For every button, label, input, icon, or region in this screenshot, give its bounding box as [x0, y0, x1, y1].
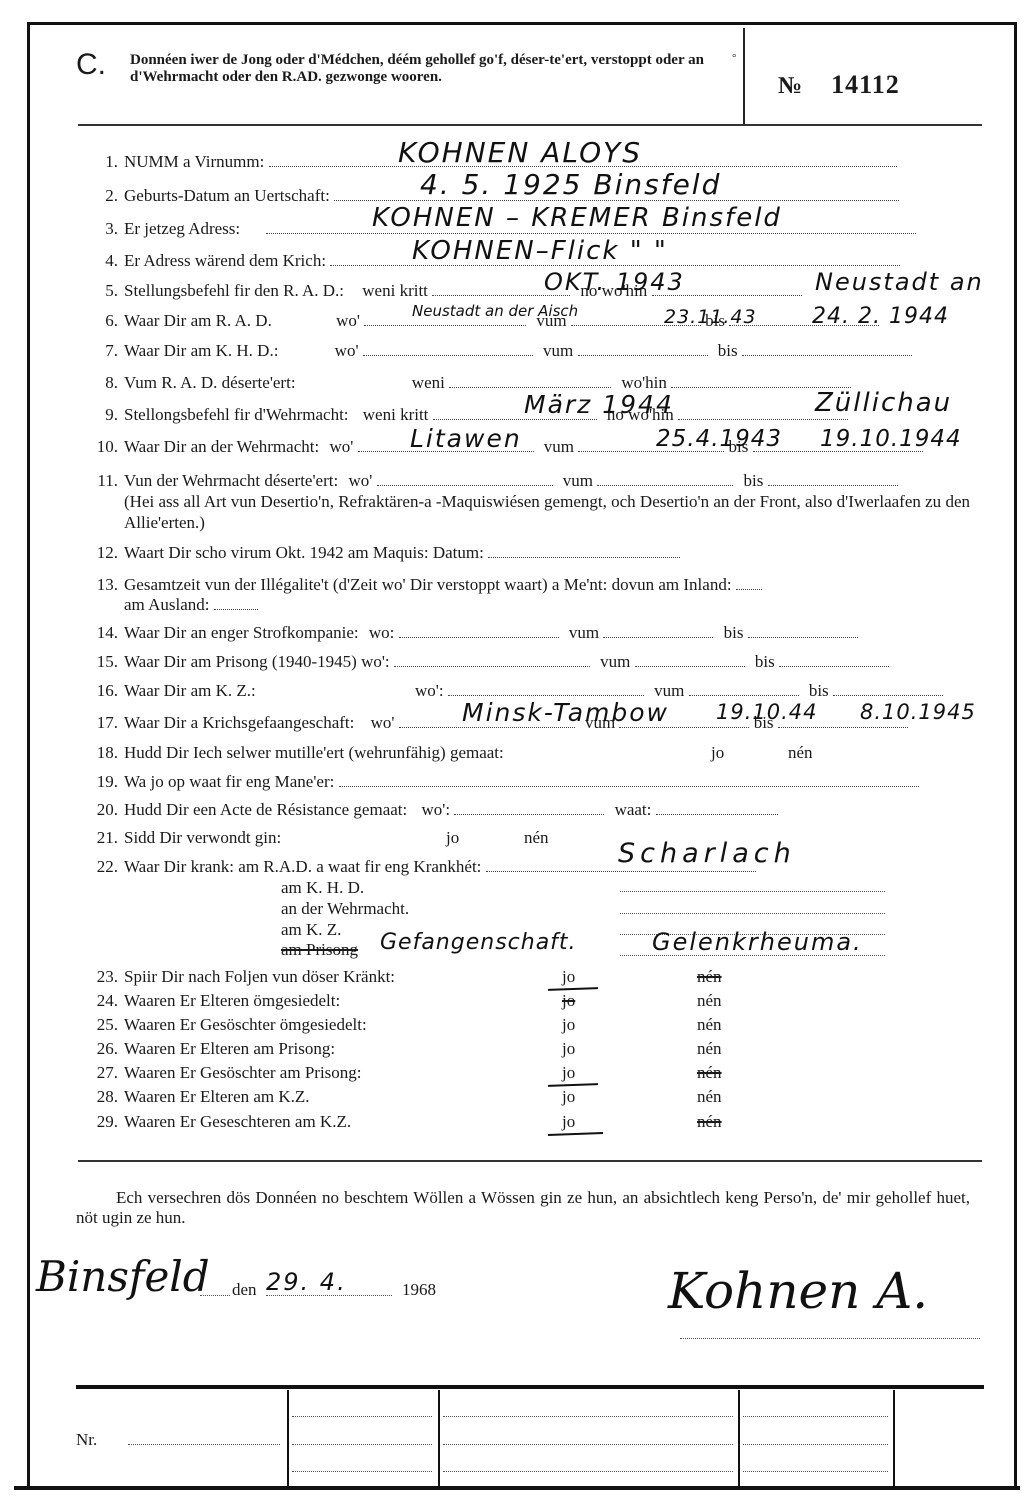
footer-cell[interactable]: [743, 1470, 888, 1472]
footer-table-top: [76, 1385, 984, 1389]
illness-sub-prison: am Prisong: [281, 940, 358, 960]
wehrmacht-desert-to-input[interactable]: [768, 471, 898, 486]
yesno-row-25: 25.Waaren Er Gesöschter ömgesiedelt:: [86, 1015, 367, 1035]
yesno-24-no[interactable]: nén: [697, 991, 722, 1011]
illness-sub-kz: am K. Z.: [281, 920, 341, 940]
penal-place-input[interactable]: [399, 623, 559, 638]
number-symbol: №: [778, 73, 803, 99]
yesno-25-no[interactable]: nén: [697, 1015, 722, 1035]
field-abroad: am Ausland:: [124, 595, 258, 615]
yesno-row-24: 24.Waaren Er Elteren ömgesiedelt:: [86, 991, 340, 1011]
header-divider: [743, 28, 745, 124]
current-address-value: KOHNEN – KREMER Binsfeld: [372, 203, 782, 233]
kz-place-input[interactable]: [448, 681, 644, 696]
field-illegality: 13.Gesamtzeit vun der Illégalite't (d'Ze…: [86, 575, 762, 595]
yesno-24-yes[interactable]: jo: [562, 991, 575, 1011]
yesno-26-yes[interactable]: jo: [562, 1039, 575, 1059]
field-maquis: 12.Waart Dir scho virum Okt. 1942 am Maq…: [86, 543, 680, 563]
field-wehrmacht-order: 9.Stellongsbefehl fir d'Wehrmacht: weni …: [86, 405, 848, 425]
section-letter: C.: [76, 48, 106, 82]
form-number: №14112: [778, 70, 900, 100]
field-rad-desert: 8.Vum R. A. D. déserte'ert: weni wo'hin: [86, 373, 851, 393]
header-description: Donnéen iwer de Jong oder d'Médchen, déé…: [130, 52, 730, 86]
desertion-note: (Hei ass all Art vun Desertio'n, Refrakt…: [124, 491, 970, 533]
field-wounded: 21.Sidd Dir verwondt gin:: [86, 828, 281, 848]
pow-place-value: Minsk-Tambow: [462, 698, 669, 727]
yesno-29-yes[interactable]: jo: [562, 1112, 575, 1132]
wehrmacht-order-place-value: Züllichau: [815, 388, 952, 418]
field-self-mutilation: 18.Hudd Dir Iech selwer mutille'ert (weh…: [86, 743, 504, 763]
maquis-date-input[interactable]: [488, 543, 680, 558]
pow-from-value: 19.10.44: [716, 700, 818, 724]
form-number-value: 14112: [831, 70, 900, 99]
yesno-row-23: 23.Spiir Dir nach Foljen vun döser Kränk…: [86, 967, 395, 987]
penal-from-input[interactable]: [603, 623, 713, 638]
abroad-input[interactable]: [214, 595, 258, 610]
yesno-row-27: 27.Waaren Er Gesöschter am Prisong:: [86, 1063, 362, 1083]
footer-cell[interactable]: [743, 1443, 888, 1445]
khd-from-input[interactable]: [578, 341, 708, 356]
field-prison: 15.Waar Dir am Prisong (1940-1945) wo': …: [86, 652, 889, 672]
prison-place-input[interactable]: [394, 652, 590, 667]
footer-col-divider: [893, 1390, 895, 1486]
resistance-place-input[interactable]: [454, 800, 604, 815]
footer-cell[interactable]: [443, 1443, 733, 1445]
place-input[interactable]: [200, 1294, 230, 1296]
yesno-28-yes[interactable]: jo: [562, 1087, 575, 1107]
wehrmacht-order-date-value: März 1944: [524, 390, 674, 419]
footer-col-divider: [738, 1390, 740, 1486]
footer-cell[interactable]: [292, 1415, 432, 1417]
rad-service-from-value: 23.11.43: [664, 306, 757, 328]
nr-label: Nr.: [76, 1430, 97, 1450]
declaration-text: Ech versechren dös Donnéen no beschtem W…: [76, 1188, 970, 1228]
yesno-26-no[interactable]: nén: [697, 1039, 722, 1059]
yesno-29-no[interactable]: nén: [697, 1112, 722, 1132]
rad-order-date-value: OKT. 1943: [544, 268, 685, 296]
rad-desert-place-input[interactable]: [671, 373, 851, 388]
footer-col-divider: [438, 1390, 440, 1486]
name-value: KOHNEN ALOYS: [398, 136, 642, 169]
wehrmacht-to-value: 19.10.1944: [820, 426, 962, 452]
penal-to-input[interactable]: [748, 623, 858, 638]
wounded-no[interactable]: nén: [524, 828, 549, 848]
field-rad-order: 5.Stellungsbefehl fir den R. A. D.: weni…: [86, 281, 802, 301]
resistance-what-input[interactable]: [656, 800, 778, 815]
field-penal-company: 14.Waar Dir an enger Strofkompanie: wo: …: [86, 623, 858, 643]
illness-khd-input[interactable]: [620, 890, 885, 892]
prison-to-input[interactable]: [779, 652, 889, 667]
rad-service-to-value: 24. 2. 1944: [812, 304, 949, 329]
kz-to-input[interactable]: [833, 681, 943, 696]
yesno-23-yes[interactable]: jo: [562, 967, 575, 987]
bullet-icon: °: [732, 52, 736, 64]
field-khd: 7.Waar Dir am K. H. D.: wo' vum bis: [86, 341, 912, 361]
illness-sub-wehrmacht: an der Wehrmacht.: [281, 899, 409, 919]
den-label: den: [232, 1280, 257, 1300]
inland-input[interactable]: [736, 575, 762, 590]
manner-input[interactable]: [339, 772, 919, 787]
illness-wehrmacht-input[interactable]: [620, 912, 885, 914]
yesno-row-26: 26.Waaren Er Elteren am Prisong:: [86, 1039, 335, 1059]
wehrmacht-desert-from-input[interactable]: [597, 471, 733, 486]
signature-date-value: 29. 4.: [266, 1268, 347, 1296]
signature-year: 1968: [402, 1280, 436, 1300]
pow-to-value: 8.10.1945: [860, 700, 976, 724]
wehrmacht-from-value: 25.4.1943: [656, 426, 782, 452]
illness-prison-value: Gefangenschaft.: [380, 930, 577, 955]
self-mutilation-no[interactable]: nén: [788, 743, 813, 763]
footer-cell[interactable]: [292, 1470, 432, 1472]
wounded-yes[interactable]: jo: [446, 828, 459, 848]
illness-prison-disease-value: Gelenkrheuma.: [652, 928, 863, 956]
footer-cell[interactable]: [443, 1470, 733, 1472]
yesno-28-no[interactable]: nén: [697, 1087, 722, 1107]
birth-value: 4. 5. 1925 Binsfeld: [420, 168, 721, 201]
war-address-value: KOHNEN–Flick " ": [412, 236, 668, 266]
yesno-27-yes[interactable]: jo: [562, 1063, 575, 1083]
yesno-row-29: 29.Waaren Er Geseschteren am K.Z.: [86, 1112, 351, 1132]
yesno-23-no[interactable]: nén: [697, 967, 722, 987]
kz-from-input[interactable]: [689, 681, 799, 696]
wehrmacht-desert-place-input[interactable]: [377, 471, 553, 486]
footer-cell[interactable]: [443, 1415, 733, 1417]
illness-sub-khd: am K. H. D.: [281, 878, 364, 898]
wehrmacht-place-value: Litawen: [410, 424, 522, 453]
bottom-rule: [14, 1486, 1020, 1490]
signature-line[interactable]: [680, 1337, 980, 1339]
yesno-25-yes[interactable]: jo: [562, 1015, 575, 1035]
field-manner: 19.Wa jo op waat fir eng Mane'er:: [86, 772, 919, 792]
yesno-row-28: 28.Waaren Er Elteren am K.Z.: [86, 1087, 310, 1107]
section-separator: [78, 1160, 982, 1162]
footer-col-divider: [287, 1390, 289, 1486]
header-separator: [78, 124, 982, 126]
khd-to-input[interactable]: [742, 341, 912, 356]
rad-order-place-value: Neustadt an: [815, 268, 984, 296]
self-mutilation-yes[interactable]: jo: [711, 743, 724, 763]
field-resistance: 20.Hudd Dir een Acte de Résistance gemaa…: [86, 800, 778, 820]
yesno-27-no[interactable]: nén: [697, 1063, 722, 1083]
field-wehrmacht-desert: 11.Vun der Wehrmacht déserte'ert: wo' vu…: [86, 471, 898, 491]
date-input[interactable]: [266, 1294, 392, 1296]
rad-desert-date-input[interactable]: [449, 373, 611, 388]
khd-place-input[interactable]: [363, 341, 533, 356]
footer-cell[interactable]: [743, 1415, 888, 1417]
nr-input[interactable]: [128, 1443, 280, 1445]
prison-from-input[interactable]: [635, 652, 745, 667]
rad-service-place-value: Neustadt an der Aisch: [412, 302, 578, 320]
signature-place-value: Binsfeld: [36, 1252, 210, 1301]
footer-cell[interactable]: [292, 1443, 432, 1445]
signature: Kohnen A.: [668, 1262, 928, 1320]
illness-rad-value: Scharlach: [618, 838, 796, 869]
